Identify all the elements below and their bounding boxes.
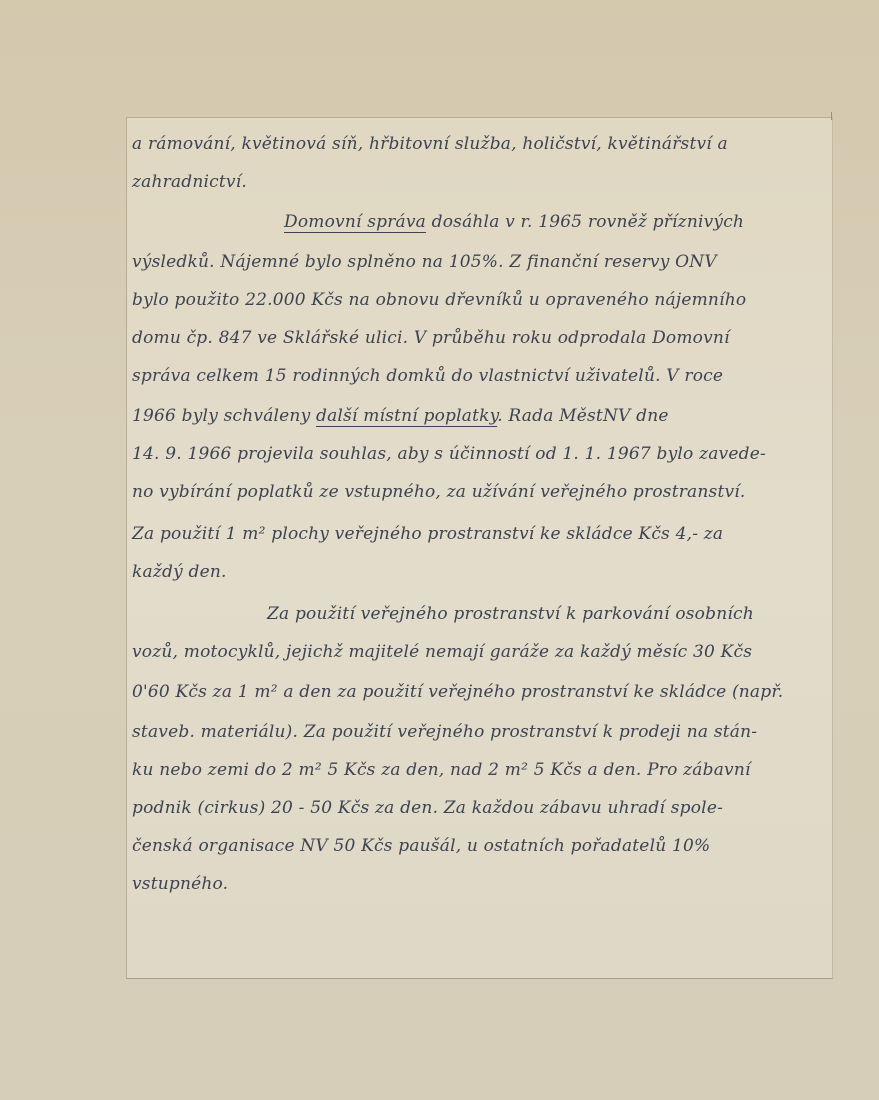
line-text: . Rada MěstNV dne xyxy=(497,406,668,426)
text-line: každý den. xyxy=(132,552,227,592)
text-line: bylo použito 22.000 Kčs na obnovu dřevní… xyxy=(132,280,746,320)
line-text: dosáhla v r. 1965 rovněž příznivých xyxy=(426,212,744,232)
line-text: čenská organisace NV 50 Kčs paušál, u os… xyxy=(132,836,710,856)
line-text: Za použití veřejného prostranství k park… xyxy=(267,604,754,624)
line-text: domu čp. 847 ve Sklářské ulici. V průběh… xyxy=(132,328,730,348)
text-line: výsledků. Nájemné bylo splněno na 105%. … xyxy=(132,242,717,282)
text-line: a rámování, květinová síň, hřbitovní slu… xyxy=(132,124,728,164)
text-line: zahradnictví. xyxy=(132,162,247,202)
line-text: podnik (cirkus) 20 - 50 Kčs za den. Za k… xyxy=(132,798,723,818)
line-text: každý den. xyxy=(132,562,227,582)
line-text: správa celkem 15 rodinných domků do vlas… xyxy=(132,366,723,386)
line-text: 1966 byly schváleny xyxy=(132,406,316,426)
text-line: staveb. materiálu). Za použití veřejného… xyxy=(132,712,757,752)
text-line: vozů, motocyklů, jejichž majitelé nemají… xyxy=(132,632,752,672)
line-text: ku nebo zemi do 2 m² 5 Kčs za den, nad 2… xyxy=(132,760,751,780)
text-line: Za použití 1 m² plochy veřejného prostra… xyxy=(132,514,723,554)
line-text: staveb. materiálu). Za použití veřejného… xyxy=(132,722,757,742)
line-text: vstupného. xyxy=(132,874,228,894)
text-line: 0'60 Kčs za 1 m² a den za použití veřejn… xyxy=(132,672,783,712)
text-line-paragraph-start: Za použití veřejného prostranství k park… xyxy=(132,594,754,634)
text-line: správa celkem 15 rodinných domků do vlas… xyxy=(132,356,723,396)
text-line: čenská organisace NV 50 Kčs paušál, u os… xyxy=(132,826,710,866)
underlined-heading-dalsi-mistni-poplatky: další místní poplatky xyxy=(316,406,497,426)
line-text: vozů, motocyklů, jejichž majitelé nemají… xyxy=(132,642,752,662)
underlined-heading-domovni-sprava: Domovní správa xyxy=(284,212,426,232)
line-text: Za použití 1 m² plochy veřejného prostra… xyxy=(132,524,723,544)
text-line: 1966 byly schváleny další místní poplatk… xyxy=(132,396,669,436)
text-line: podnik (cirkus) 20 - 50 Kčs za den. Za k… xyxy=(132,788,723,828)
text-line: 14. 9. 1966 projevila souhlas, aby s úči… xyxy=(132,434,766,474)
text-line-paragraph-start: Domovní správa dosáhla v r. 1965 rovněž … xyxy=(132,202,744,242)
line-text: a rámování, květinová síň, hřbitovní slu… xyxy=(132,134,728,154)
line-text: bylo použito 22.000 Kčs na obnovu dřevní… xyxy=(132,290,746,310)
text-line: domu čp. 847 ve Sklářské ulici. V průběh… xyxy=(132,318,730,358)
line-text: zahradnictví. xyxy=(132,172,247,192)
frame-corner-mark xyxy=(831,112,832,120)
line-text: no vybírání poplatků ze vstupného, za už… xyxy=(132,482,746,502)
text-line: ku nebo zemi do 2 m² 5 Kčs za den, nad 2… xyxy=(132,750,751,790)
line-text: 0'60 Kčs za 1 m² a den za použití veřejn… xyxy=(132,682,783,702)
text-line: vstupného. xyxy=(132,864,228,904)
text-line: no vybírání poplatků ze vstupného, za už… xyxy=(132,472,746,512)
line-text: 14. 9. 1966 projevila souhlas, aby s úči… xyxy=(132,444,766,464)
line-text: výsledků. Nájemné bylo splněno na 105%. … xyxy=(132,252,717,272)
